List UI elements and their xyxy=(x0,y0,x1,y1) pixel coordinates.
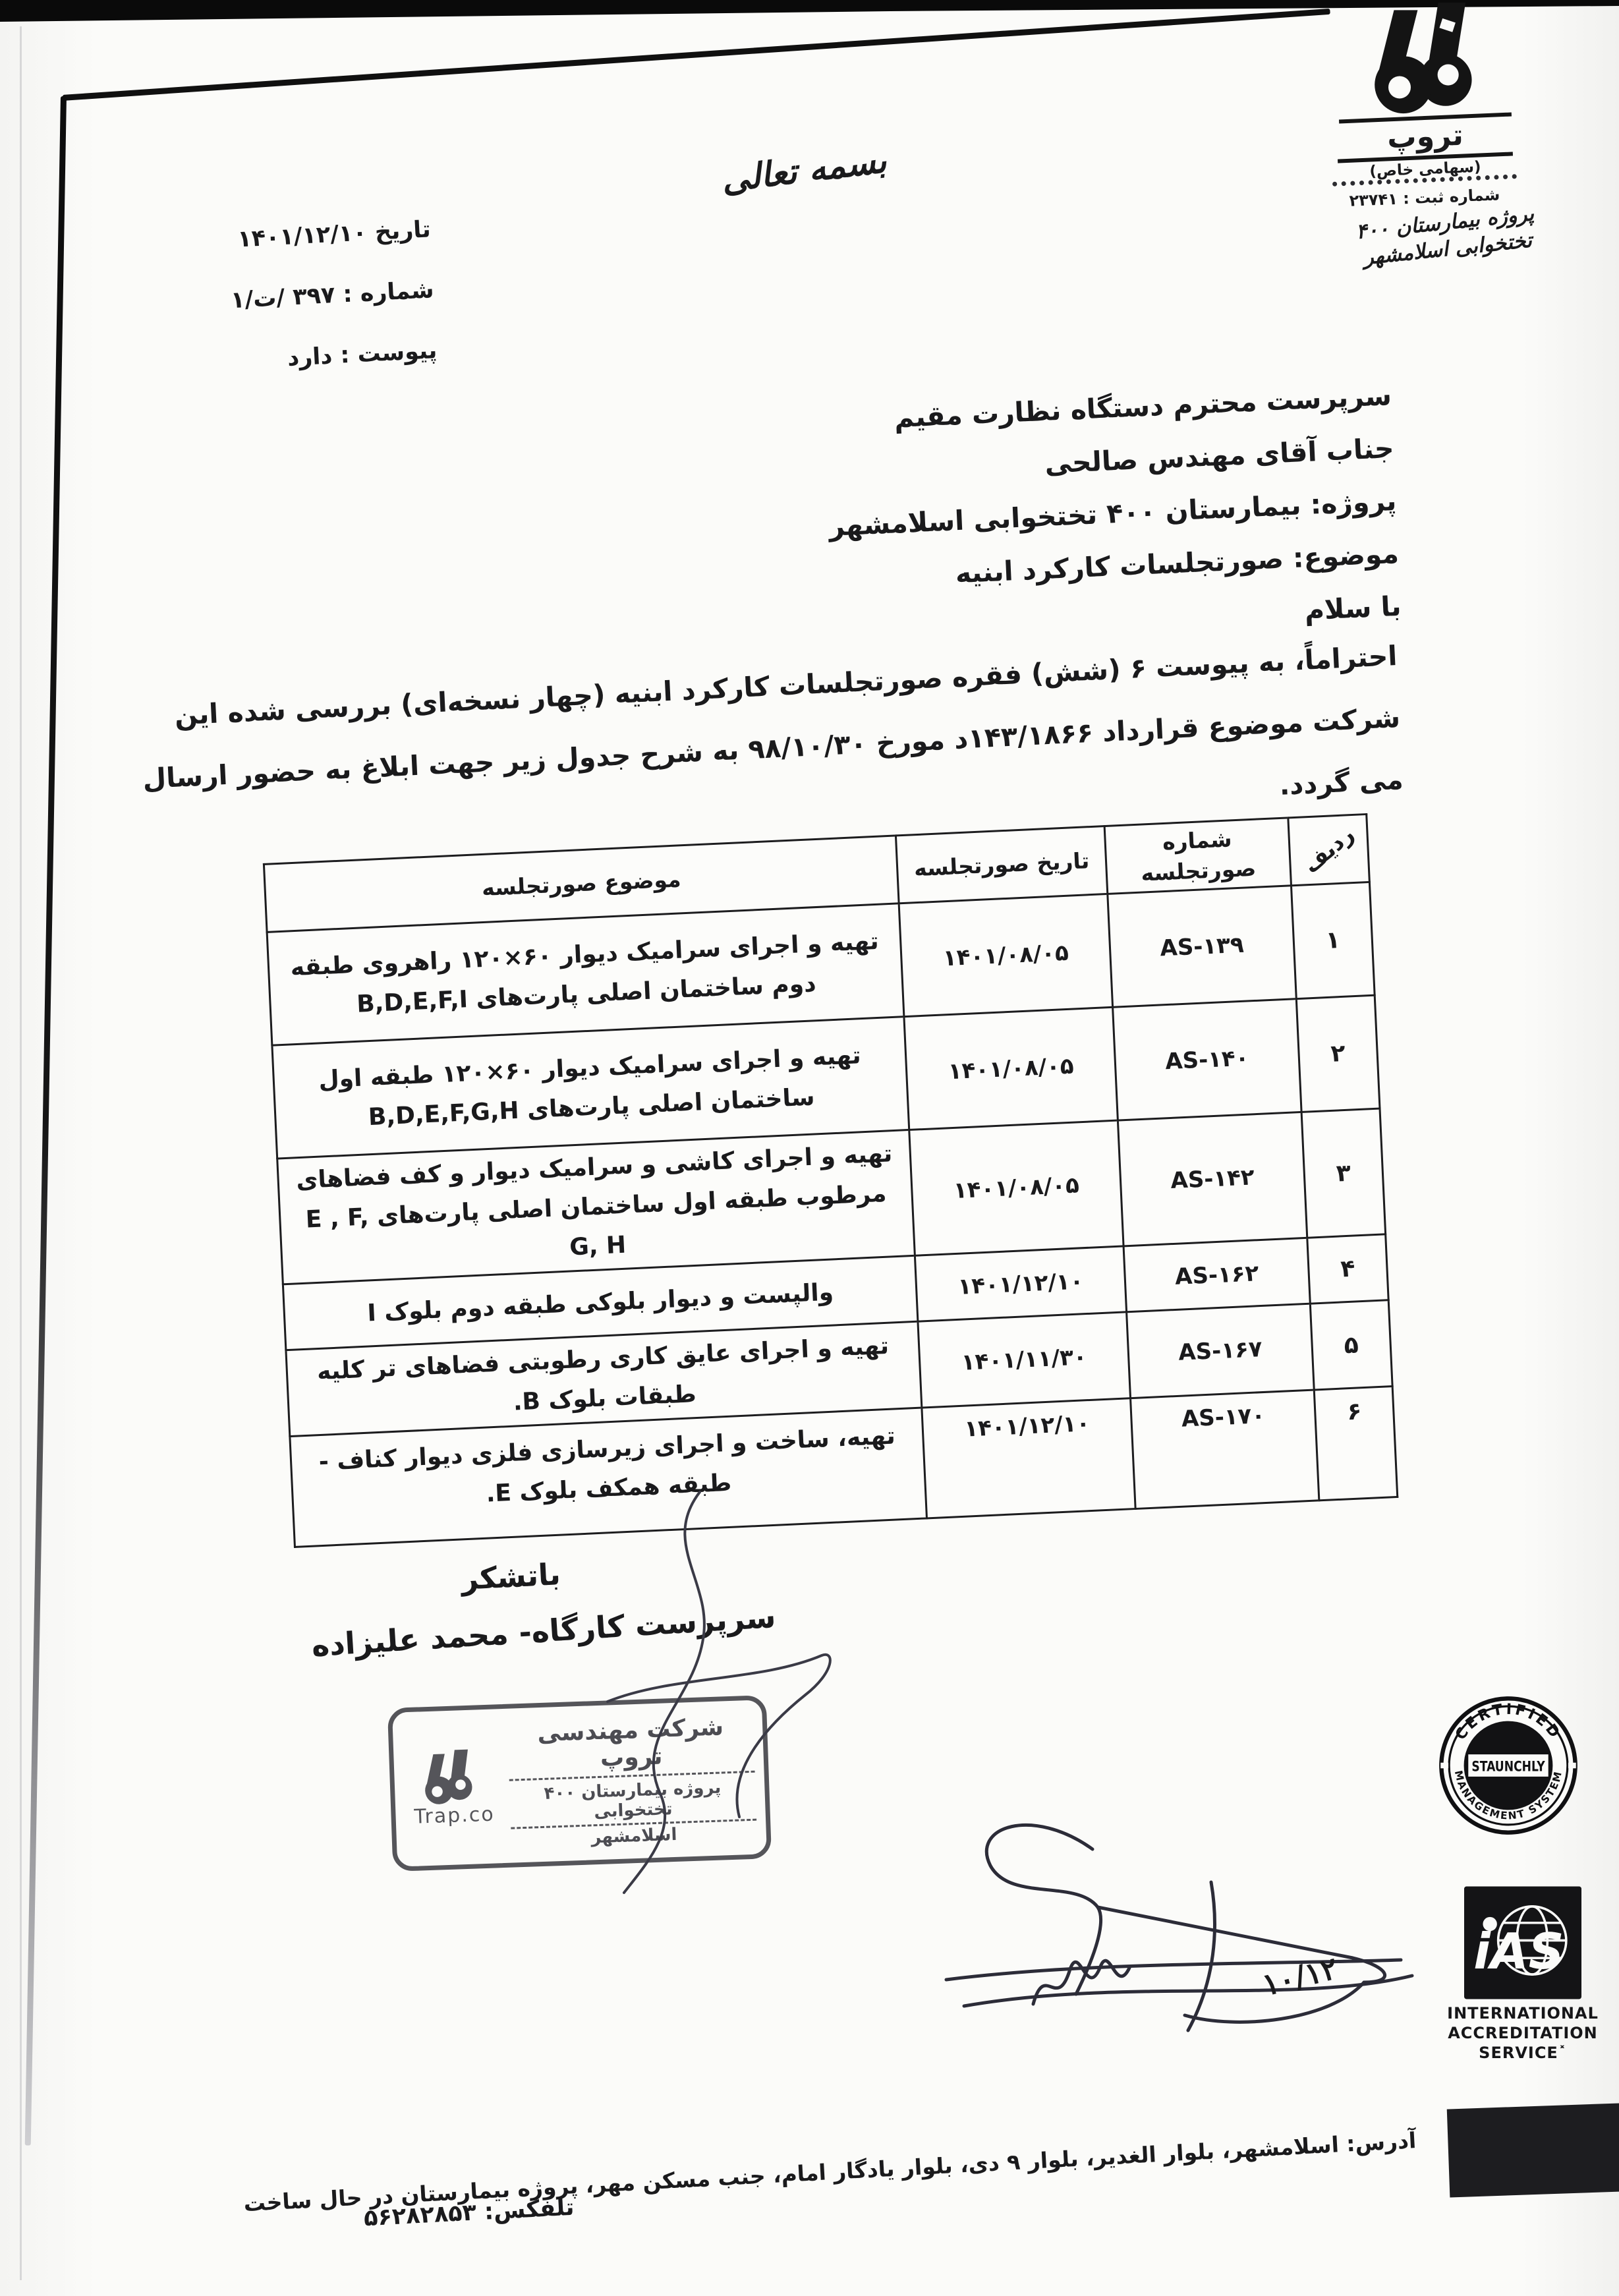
row-number: ۲ xyxy=(1296,995,1380,1112)
row-number: ۴ xyxy=(1307,1234,1388,1304)
minute-number: AS-۱۴۰ xyxy=(1113,999,1302,1120)
frame-left-border xyxy=(25,96,67,2146)
stamp-logo-icon xyxy=(416,1747,490,1806)
minute-date: ۱۴۰۱/۰۸/۰۵ xyxy=(899,894,1112,1016)
svg-text:iAS: iAS xyxy=(1473,1923,1564,1980)
ias-caption-line: SERVICE˟ xyxy=(1429,2043,1617,2063)
header-minute-date: تاریخ صورتجلسه xyxy=(895,826,1107,904)
stamp-project-line: پروژه بیمارستان ۴۰۰ تختخوابی xyxy=(509,1777,756,1829)
stamp-logo-block: Trap.co xyxy=(403,1747,504,1829)
redaction-bar xyxy=(1447,2103,1619,2197)
row-number: ۵ xyxy=(1310,1300,1392,1390)
bismillah-calligraphy: بسمه تعالی xyxy=(658,132,950,208)
signatory-name: سرپرست کارگاه- محمد علیزاده xyxy=(283,1597,805,1665)
meta-date: تاریخ ۱۴۰۱/۱۲/۱۰ xyxy=(180,216,432,256)
minute-number: AS-۱۶۲ xyxy=(1123,1238,1310,1312)
closing-thanks: باتشکر xyxy=(461,1557,561,1597)
body-opening: احتراماً، xyxy=(1293,640,1398,677)
worklog-table: ردیف شماره صورتجلسه تاریخ صورتجلسه موضوع… xyxy=(263,813,1398,1548)
company-name: تروپ xyxy=(1338,117,1512,158)
certified-management-badge-icon: CERTIFIED MANAGEMENT SYSTEM STAUNCHLY xyxy=(1438,1695,1579,1836)
main-signature xyxy=(928,1803,1442,2047)
stamp-latin-name: Trap.co xyxy=(405,1802,504,1829)
header-row-number: ردیف xyxy=(1288,815,1370,886)
meta-number: شماره : ۳۹۷ /ت/۱ xyxy=(183,277,435,316)
page-edge-shadow xyxy=(20,26,22,2280)
row-number: ۳ xyxy=(1301,1108,1386,1238)
body-text: به پیوست ۶ (شش) فقره صورتجلسات کارکرد اب… xyxy=(142,645,1404,801)
minute-number: AS-۱۶۷ xyxy=(1127,1304,1315,1398)
minute-date: ۱۴۰۱/۱۲/۱۰ xyxy=(922,1398,1135,1518)
scanned-letter-page: بسمه تعالی تروپ (سهامی خاص) شماره ثبت : … xyxy=(0,0,1619,2296)
row-number: ۶ xyxy=(1314,1387,1397,1501)
ias-caption-line: ACCREDITATION xyxy=(1429,2023,1617,2043)
frame-top-border xyxy=(63,9,1330,101)
row-number: ۱ xyxy=(1292,882,1375,998)
minute-date: ۱۴۰۱/۰۸/۰۵ xyxy=(904,1007,1118,1130)
ias-caption: INTERNATIONAL ACCREDITATION SERVICE˟ xyxy=(1429,2003,1617,2063)
ias-badge-icon: iAS xyxy=(1464,1886,1581,1999)
minute-number: AS-۱۴۲ xyxy=(1118,1112,1307,1246)
company-stamp: Trap.co شرکت مهندسی تروپ پروژه بیمارستان… xyxy=(387,1695,772,1872)
stamp-company-name: شرکت مهندسی تروپ xyxy=(507,1713,755,1781)
svg-text:STAUNCHLY: STAUNCHLY xyxy=(1471,1759,1545,1775)
minute-number: AS-۱۷۰ xyxy=(1131,1390,1319,1508)
trap-logo-icon xyxy=(1351,3,1516,115)
recipient-block: سرپرست محترم دستگاه نظارت مقیم جناب آقای… xyxy=(660,369,1402,666)
ias-caption-line: INTERNATIONAL xyxy=(1429,2003,1617,2023)
letter-meta-block: تاریخ ۱۴۰۱/۱۲/۱۰ شماره : ۳۹۷ /ت/۱ پیوست … xyxy=(180,216,440,411)
minute-number: AS-۱۳۹ xyxy=(1108,886,1297,1007)
header-minute-number: شماره صورتجلسه xyxy=(1104,818,1291,894)
minute-date: ۱۴۰۱/۰۸/۰۵ xyxy=(909,1120,1123,1255)
minute-date: ۱۴۰۱/۱۱/۳۰ xyxy=(918,1312,1131,1408)
meta-attachment: پیوست : دارد xyxy=(186,337,438,377)
stamp-text-block: شرکت مهندسی تروپ پروژه بیمارستان ۴۰۰ تخت… xyxy=(507,1713,758,1851)
minute-date: ۱۴۰۱/۱۲/۱۰ xyxy=(915,1246,1126,1321)
